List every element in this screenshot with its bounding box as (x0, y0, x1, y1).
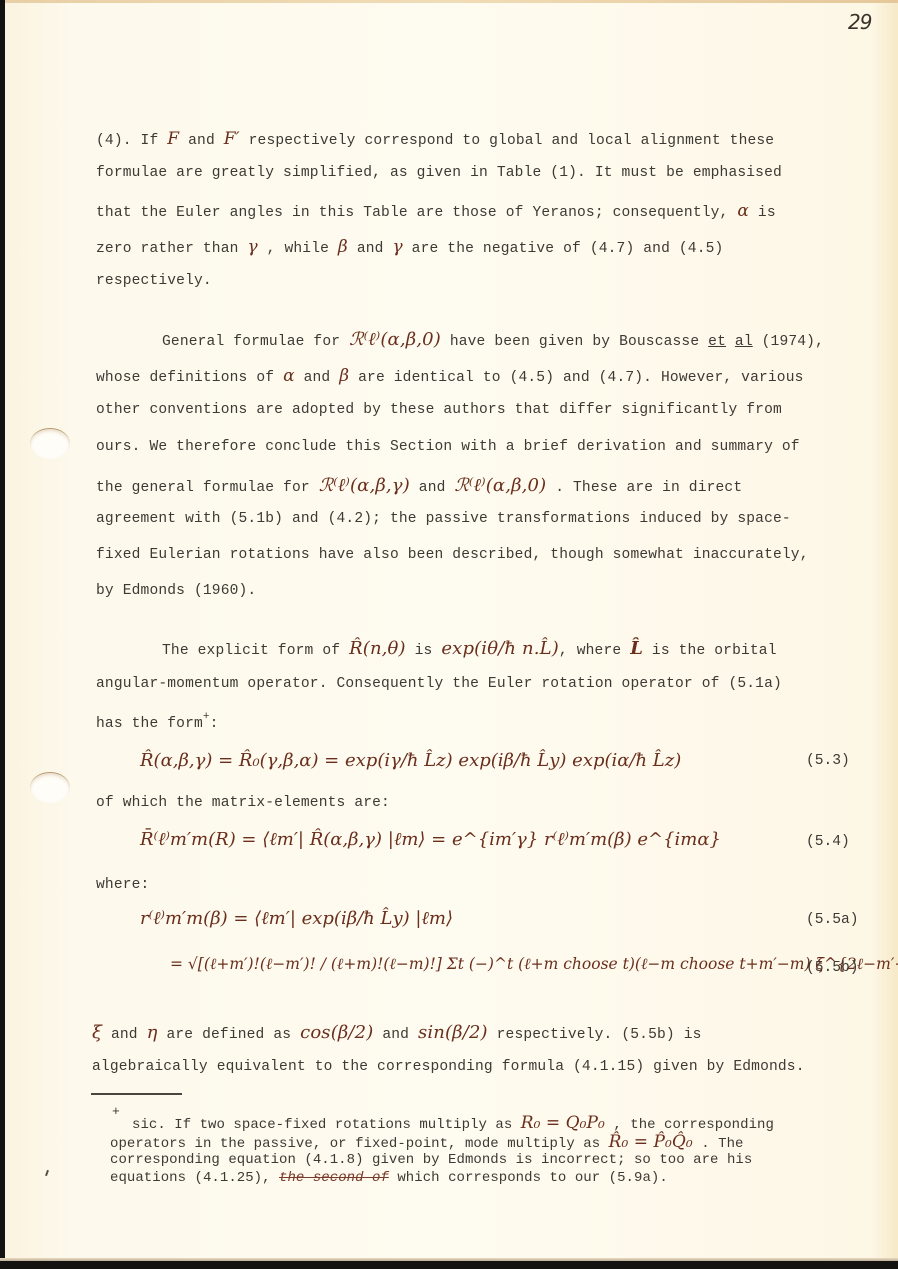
where-label: where: (96, 877, 149, 893)
p4-line-2: algebraically equivalent to the correspo… (92, 1059, 805, 1075)
math-alpha: α (283, 366, 295, 386)
math-beta: β (339, 366, 349, 386)
text: , while (258, 241, 338, 257)
text: and (295, 370, 340, 386)
footnote-divider (91, 1093, 182, 1095)
punch-hole-bottom (30, 772, 70, 803)
equation-number-5-4: (5.4) (806, 834, 850, 850)
text: and (410, 480, 455, 496)
math-eta: η (147, 1022, 158, 1043)
equation-number-5-3: (5.3) (806, 753, 850, 769)
text: have been given by Bouscasse (441, 334, 708, 350)
footnote-line-1: sic. If two space-fixed rotations multip… (132, 1114, 774, 1134)
equation-number-5-5b: (5.5b) (806, 960, 859, 976)
math-F-prime: F′ (224, 129, 240, 149)
footnote-line-3: corresponding equation (4.1.8) given by … (110, 1151, 752, 1169)
page-top-edge (0, 0, 898, 3)
text: , where (559, 643, 630, 659)
text: : (210, 716, 219, 732)
underlined-et: et (708, 334, 726, 350)
text: (4). If (96, 133, 167, 149)
p2-line-6: agreement with (5.1b) and (4.2); the pas… (96, 511, 791, 527)
equation-5-3: R̂(α,β,γ) = R̂₀(γ,β,α) = exp(iγ/ħ L̂z) e… (140, 750, 681, 771)
text: which corresponds to our (5.9a). (389, 1170, 668, 1186)
text: and (373, 1027, 418, 1043)
scan-left-border (0, 0, 5, 1269)
math-rotation-matrix: ℛ⁽ℓ⁾(α,β,0) (349, 329, 441, 350)
struck-through-text: the second of (279, 1170, 389, 1186)
math-gamma: γ (392, 237, 402, 257)
p2-line-2: whose definitions of α and β are identic… (96, 366, 804, 386)
math-rotation-operator: R̂(n,θ) (349, 638, 406, 659)
text: that the Euler angles in this Table are … (96, 205, 737, 221)
text: whose definitions of (96, 370, 283, 386)
math-operator-product: R̂₀ = P̂₀Q̂₀ (609, 1132, 693, 1152)
text: . The (693, 1136, 744, 1152)
p1-line-1: (4). If F and F′ respectively correspond… (96, 129, 774, 149)
page-number: 29 (848, 10, 871, 34)
text: is the orbital (643, 643, 777, 659)
footnote-marker: + (203, 711, 210, 723)
text: equations (4.1.25), (110, 1170, 279, 1186)
text: zero rather than (96, 241, 247, 257)
equation-number-5-5a: (5.5a) (806, 912, 859, 928)
text: has the form (96, 716, 203, 732)
text: are identical to (4.5) and (4.7). Howeve… (349, 370, 803, 386)
footnote-line-2: operators in the passive, or fixed-point… (110, 1133, 743, 1153)
underlined-al: al (735, 334, 753, 350)
text: is (749, 205, 776, 221)
stray-ink-mark (45, 1170, 49, 1176)
math-gamma: γ (247, 237, 257, 257)
p3-line-2: angular-momentum operator. Consequently … (96, 676, 782, 692)
p2-line-3: other conventions are adopted by these a… (96, 402, 782, 418)
math-rotation-product: R₀ = Q₀P₀ (521, 1113, 605, 1133)
punch-hole-top (30, 428, 70, 459)
matrix-elements-intro: of which the matrix-elements are: (96, 795, 390, 811)
math-rotation-matrix: ℛ⁽ℓ⁾(α,β,0) (454, 475, 546, 496)
text: (1974), (753, 334, 824, 350)
text: are the negative of (4.7) and (4.5) (403, 241, 724, 257)
text: operators in the passive, or fixed-point… (110, 1136, 609, 1152)
math-alpha: α (737, 201, 749, 221)
text: respectively correspond to global and lo… (240, 133, 774, 149)
p2-line-7: fixed Eulerian rotations have also been … (96, 547, 809, 563)
math-sin: sin(β/2) (418, 1022, 488, 1043)
math-xi: ξ (92, 1022, 102, 1043)
text: and (102, 1027, 147, 1043)
p3-line-1: The explicit form of R̂(n,θ) is exp(iθ/ħ… (162, 638, 777, 659)
equation-5-5b: = √[(ℓ+m′)!(ℓ−m′)! / (ℓ+m)!(ℓ−m)!] Σt (−… (170, 955, 898, 974)
text: are defined as (158, 1027, 301, 1043)
p1-line-5: respectively. (96, 273, 212, 289)
p1-line-2: formulae are greatly simplified, as give… (96, 165, 782, 181)
p1-line-4: zero rather than γ , while β and γ are t… (96, 237, 723, 257)
scan-bottom-border (0, 1261, 898, 1269)
math-beta: β (338, 237, 348, 257)
equation-5-5a: r⁽ℓ⁾m′m(β) = ⟨ℓm′| exp(iβ/ħ L̂y) |ℓm⟩ (140, 908, 453, 929)
p4-line-1: ξ and η are defined as cos(β/2) and sin(… (92, 1022, 702, 1043)
p2-line-4: ours. We therefore conclude this Section… (96, 439, 800, 455)
math-F: F (167, 129, 179, 149)
text: , the corresponding (605, 1117, 774, 1133)
p2-line-5: the general formulae for ℛ⁽ℓ⁾(α,β,γ) and… (96, 475, 742, 496)
p2-line-1: General formulae for ℛ⁽ℓ⁾(α,β,0) have be… (162, 329, 824, 350)
math-cos: cos(β/2) (300, 1022, 373, 1043)
math-rotation-matrix: ℛ⁽ℓ⁾(α,β,γ) (319, 475, 410, 496)
text: . These are in direct (546, 480, 742, 496)
p1-line-3: that the Euler angles in this Table are … (96, 201, 776, 221)
text: the general formulae for (96, 480, 319, 496)
p2-line-8: by Edmonds (1960). (96, 583, 256, 599)
footnote-line-4: equations (4.1.25), the second of which … (110, 1169, 668, 1187)
text: is (406, 643, 442, 659)
text: respectively. (5.5b) is (488, 1027, 702, 1043)
text: sic. If two space-fixed rotations multip… (132, 1117, 521, 1133)
equation-5-4: R̄⁽ℓ⁾m′m(R) = ⟨ℓm′| R̂(α,β,γ) |ℓm⟩ = e^{… (140, 829, 721, 850)
math-L-hat: L̂ (630, 638, 643, 659)
text: The explicit form of (162, 643, 349, 659)
text (726, 334, 735, 350)
text: General formulae for (162, 334, 349, 350)
text: and (348, 241, 393, 257)
math-exponential: exp(iθ/ħ n.L̂) (441, 638, 559, 659)
footnote-marker: + (112, 1104, 120, 1119)
p3-line-3: has the form+: (96, 711, 219, 732)
document-page: 29 (4). If F and F′ respectively corresp… (0, 0, 898, 1269)
text: and (179, 133, 224, 149)
